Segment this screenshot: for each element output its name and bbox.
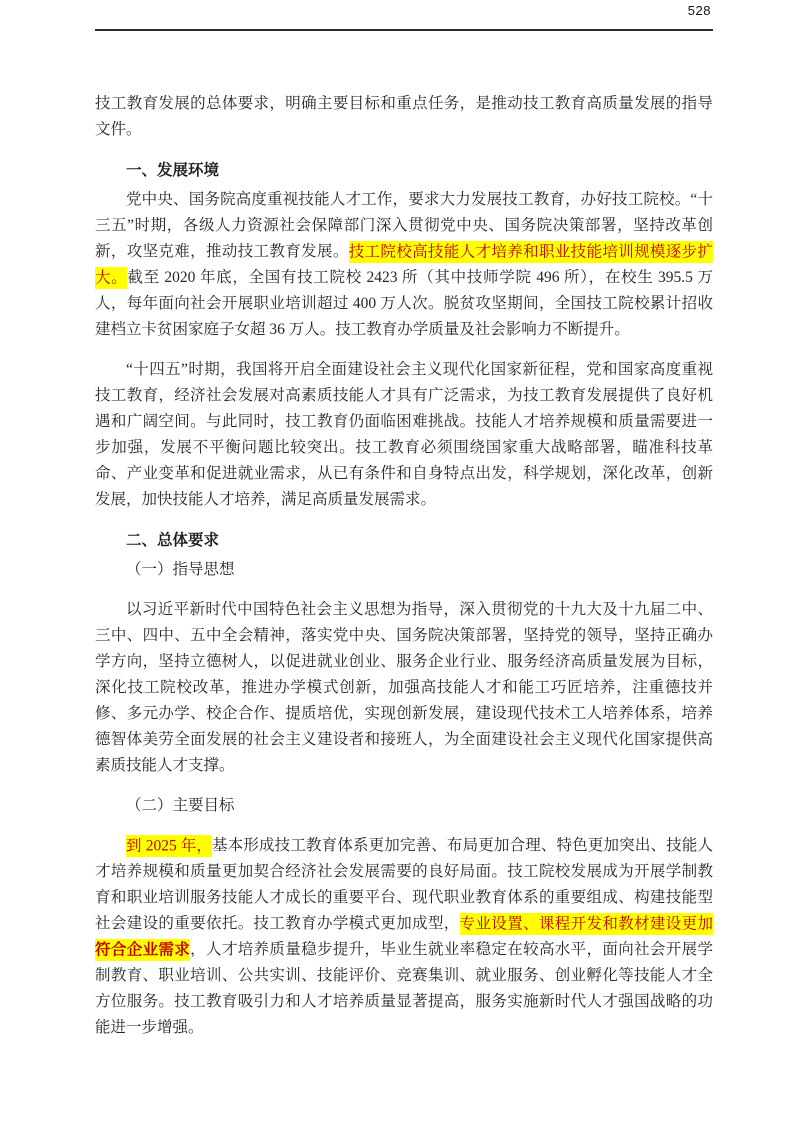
text-segment: （二）主要目标 xyxy=(126,797,235,814)
text-segment: （一）指导思想 xyxy=(126,561,235,578)
paragraph: 技工教育发展的总体要求，明确主要目标和重点任务，是推动技工教育高质量发展的指导文… xyxy=(95,91,713,143)
highlighted-text: 符合企业需求 xyxy=(95,939,190,961)
highlighted-text: 专业设置、课程开发和教材建设更加 xyxy=(460,913,713,935)
paragraph: “十四五”时期，我国将开启全面建设社会主义现代化国家新征程，党和国家高度重视技工… xyxy=(95,357,713,513)
text-segment: 技工教育发展的总体要求，明确主要目标和重点任务，是推动技工教育高质量发展的指导文… xyxy=(95,95,713,138)
paragraph: 以习近平新时代中国特色社会主义思想为指导，深入贯彻党的十九大及十九届二中、三中、… xyxy=(95,597,713,779)
sub-heading: （一）指导思想 xyxy=(95,557,713,583)
section-heading: 二、总体要求 xyxy=(95,528,713,554)
page-number: 528 xyxy=(688,3,713,18)
text-segment: “十四五”时期，我国将开启全面建设社会主义现代化国家新征程，党和国家高度重视技工… xyxy=(95,361,713,508)
text-segment: 截至 2020 年底，全国有技工院校 2423 所（其中技师学院 496 所），… xyxy=(95,269,713,338)
header-divider xyxy=(95,29,713,31)
text-segment: 一、发展环境 xyxy=(126,162,219,179)
document-page: 528 技工教育发展的总体要求，明确主要目标和重点任务，是推动技工教育高质量发展… xyxy=(0,0,793,1122)
document-body: 技工教育发展的总体要求，明确主要目标和重点任务，是推动技工教育高质量发展的指导文… xyxy=(95,91,713,1041)
text-segment: 以习近平新时代中国特色社会主义思想为指导，深入贯彻党的十九大及十九届二中、三中、… xyxy=(95,601,713,774)
page-header: 528 xyxy=(95,0,713,29)
sub-heading: （二）主要目标 xyxy=(95,793,713,819)
highlighted-text: 到 2025 年， xyxy=(126,835,212,857)
text-segment: 二、总体要求 xyxy=(126,532,219,549)
paragraph: 党中央、国务院高度重视技能人才工作，要求大力发展技工教育，办好技工院校。“十三五… xyxy=(95,187,713,343)
section-heading: 一、发展环境 xyxy=(95,158,713,184)
paragraph: 到 2025 年，基本形成技工教育体系更加完善、布局更加合理、特色更加突出、技能… xyxy=(95,833,713,1041)
